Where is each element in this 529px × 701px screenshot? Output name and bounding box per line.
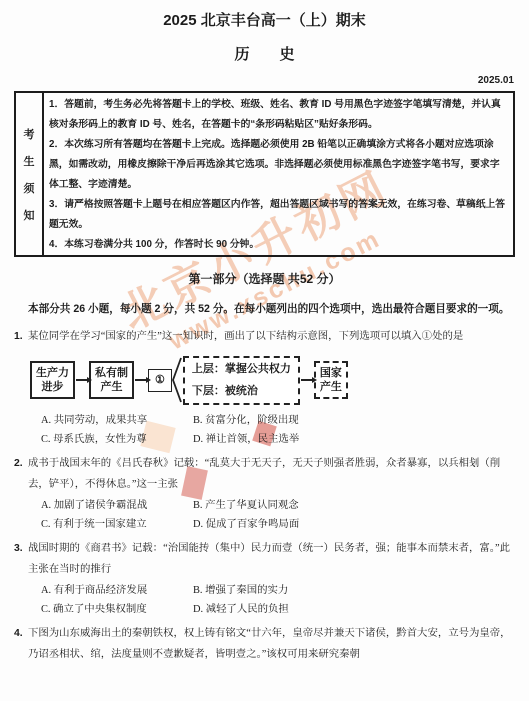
question-4: 4. 下图为山东威海出土的秦朝铁权，权上铸有铭文“廿六年，皇帝尽并兼天下诸侯，黔… bbox=[14, 623, 515, 665]
option-d: D. 减轻了人民的负担 bbox=[193, 600, 515, 619]
notice-side-label: 考 生 须 知 bbox=[16, 93, 44, 255]
notice-side-char: 知 bbox=[24, 207, 35, 223]
diagram-box-blank-1: ① bbox=[148, 369, 172, 392]
options-grid: A. 有利于商品经济发展 B. 增强了秦国的实力 C. 确立了中央集权制度 D.… bbox=[41, 581, 515, 619]
question-number: 1. bbox=[14, 326, 23, 347]
option-a: A. 加剧了诸侯争霸混战 bbox=[41, 496, 193, 515]
notice-body: 1．答题前，考生务必先将答题卡上的学校、班级、姓名、教育 ID 号用黑色字迹签字… bbox=[44, 93, 513, 255]
notice-item: 1．答题前，考生务必先将答题卡上的学校、班级、姓名、教育 ID 号用黑色字迹签字… bbox=[49, 95, 507, 135]
question-number: 3. bbox=[14, 538, 23, 559]
question-stem: 某位同学在学习“国家的产生”这一知识时，画出了以下结构示意图，下列选项可以填入①… bbox=[28, 331, 463, 342]
state-origin-flow-diagram: 生产力 进步 私有制 产生 ① 上 bbox=[30, 354, 515, 406]
diagram-box-line: 上层：掌握公共权力 bbox=[192, 362, 291, 377]
diagram-box-state-emerges: 国家 产生 bbox=[314, 361, 348, 399]
section-heading: 第一部分（选择题 共52 分） bbox=[0, 270, 529, 287]
question-number: 2. bbox=[14, 453, 23, 474]
dashed-arrow-icon bbox=[301, 379, 313, 381]
option-a: A. 共同劳动，成果共享 bbox=[41, 411, 193, 430]
question-number: 4. bbox=[14, 623, 23, 644]
option-d: D. 禅让首领，民主选举 bbox=[193, 430, 515, 449]
diagram-box-line: 进步 bbox=[36, 380, 69, 394]
diagram-box-private-ownership: 私有制 产生 bbox=[89, 361, 134, 399]
notice-item: 3．请严格按照答题卡上题号在相应答题区内作答，超出答题区域书写的答案无效，在练习… bbox=[49, 195, 507, 235]
diagram-box-line: 下层：被统治 bbox=[192, 384, 291, 399]
question-stem: 下图为山东威海出土的秦朝铁权，权上铸有铭文“廿六年，皇帝尽并兼天下诸侯，黔首大安… bbox=[28, 628, 511, 660]
question-stem: 战国时期的《商君书》记载：“治国能抟（集中）民力而壹（统一）民务者，强；能事本而… bbox=[28, 543, 510, 575]
question-2: 2. 成书于战国末年的《吕氏春秋》记载：“乱莫大于无天子，无天子则强者胜弱，众者… bbox=[14, 453, 515, 534]
diagram-box-line: 产生 bbox=[320, 380, 342, 394]
diagram-box-productivity: 生产力 进步 bbox=[30, 361, 75, 399]
notice-item: 4．本练习卷满分共 100 分，作答时长 90 分钟。 bbox=[49, 235, 507, 255]
exam-date: 2025.01 bbox=[0, 75, 514, 86]
option-c: C. 有利于统一国家建立 bbox=[41, 515, 193, 534]
circled-one-placeholder: ① bbox=[155, 374, 165, 386]
option-b: B. 贫富分化，阶级出现 bbox=[193, 411, 515, 430]
diagram-box-line: 私有制 bbox=[95, 366, 128, 380]
diagram-box-line: 国家 bbox=[320, 366, 342, 380]
options-grid: A. 加剧了诸侯争霸混战 B. 产生了华夏认同观念 C. 有利于统一国家建立 D… bbox=[41, 496, 515, 534]
dashed-arrow-icon bbox=[76, 379, 88, 381]
option-c: C. 母系氏族，女性为尊 bbox=[41, 430, 193, 449]
notice-side-char: 须 bbox=[24, 180, 35, 196]
options-grid: A. 共同劳动，成果共享 B. 贫富分化，阶级出现 C. 母系氏族，女性为尊 D… bbox=[41, 411, 515, 449]
diagram-box-layers: 上层：掌握公共权力 下层：被统治 bbox=[183, 356, 300, 405]
exam-paper-page: 北京小升初网 www.xschu.com 2025 北京丰台高一（上）期末 历 … bbox=[0, 0, 529, 701]
notice-side-char: 考 bbox=[24, 126, 35, 142]
notice-item: 2．本次练习所有答题均在答题卡上完成。选择题必须使用 2B 铅笔以正确填涂方式将… bbox=[49, 135, 507, 195]
subject-title: 历 史 bbox=[0, 43, 529, 64]
option-c: C. 确立了中央集权制度 bbox=[41, 600, 193, 619]
brace-icon bbox=[172, 354, 182, 406]
examinee-notice-box: 考 生 须 知 1．答题前，考生务必先将答题卡上的学校、班级、姓名、教育 ID … bbox=[14, 91, 515, 257]
question-1: 1. 某位同学在学习“国家的产生”这一知识时，画出了以下结构示意图，下列选项可以… bbox=[14, 326, 515, 449]
section-instructions: 本部分共 26 小题，每小题 2 分，共 52 分。在每小题列出的四个选项中，选… bbox=[14, 296, 513, 322]
option-b: B. 产生了华夏认同观念 bbox=[193, 496, 515, 515]
diagram-box-line: 生产力 bbox=[36, 366, 69, 380]
page-title: 2025 北京丰台高一（上）期末 bbox=[0, 9, 529, 30]
option-b: B. 增强了秦国的实力 bbox=[193, 581, 515, 600]
diagram-box-line: 产生 bbox=[95, 380, 128, 394]
option-a: A. 有利于商品经济发展 bbox=[41, 581, 193, 600]
notice-side-char: 生 bbox=[24, 153, 35, 169]
question-3: 3. 战国时期的《商君书》记载：“治国能抟（集中）民力而壹（统一）民务者，强；能… bbox=[14, 538, 515, 619]
question-stem: 成书于战国末年的《吕氏春秋》记载：“乱莫大于无天子，无天子则强者胜弱，众者暴寡，… bbox=[28, 458, 500, 490]
option-d: D. 促成了百家争鸣局面 bbox=[193, 515, 515, 534]
questions-area: 1. 某位同学在学习“国家的产生”这一知识时，画出了以下结构示意图，下列选项可以… bbox=[14, 326, 515, 665]
dashed-arrow-icon bbox=[135, 379, 147, 381]
